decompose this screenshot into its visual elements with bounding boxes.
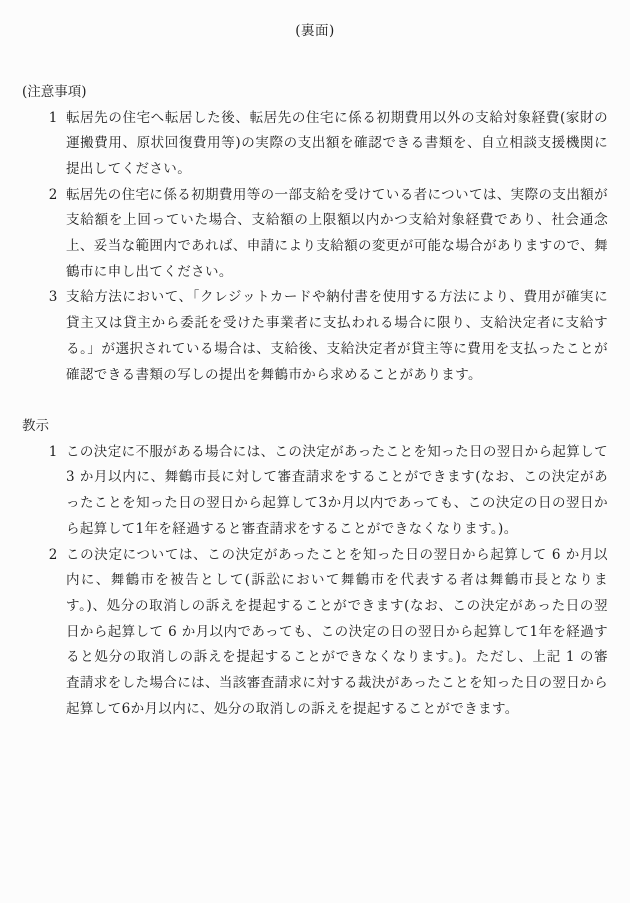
item-text: この決定に不服がある場合には、この決定があったことを知った日の翌日から起算して … <box>66 444 608 537</box>
item-number: 2 <box>43 183 63 209</box>
item-text: 転居先の住宅へ転居した後、転居先の住宅に係る初期費用以外の支給対象経費(家財の運… <box>66 110 608 177</box>
item-text: 転居先の住宅に係る初期費用等の一部支給を受けている者については、実際の支出額が支… <box>66 187 608 280</box>
kyoji-item-list: 1 この決定に不服がある場合には、この決定があったことを知った日の翌日から起算し… <box>22 440 608 723</box>
notes-item-list: 1 転居先の住宅へ転居した後、転居先の住宅に係る初期費用以外の支給対象経費(家財… <box>22 106 608 389</box>
list-item: 1 転居先の住宅へ転居した後、転居先の住宅に係る初期費用以外の支給対象経費(家財… <box>22 106 608 183</box>
item-text: この決定については、この決定があったことを知った日の翌日から起算して 6 か月以… <box>66 547 608 717</box>
list-item: 2 転居先の住宅に係る初期費用等の一部支給を受けている者については、実際の支出額… <box>22 183 608 286</box>
kyoji-section-heading: 教示 <box>22 414 608 440</box>
notes-section: (注意事項) 1 転居先の住宅へ転居した後、転居先の住宅に係る初期費用以外の支給… <box>22 80 608 388</box>
item-number: 3 <box>43 285 63 311</box>
list-item: 3 支給方法において、「クレジットカードや納付書を使用する方法により、費用が確実… <box>22 285 608 388</box>
item-text: 支給方法において、「クレジットカードや納付書を使用する方法により、費用が確実に貸… <box>66 289 608 382</box>
notes-section-heading: (注意事項) <box>22 80 608 106</box>
list-item: 1 この決定に不服がある場合には、この決定があったことを知った日の翌日から起算し… <box>22 440 608 543</box>
item-number: 1 <box>43 106 63 132</box>
item-number: 2 <box>43 543 63 569</box>
list-item: 2 この決定については、この決定があったことを知った日の翌日から起算して 6 か… <box>22 543 608 723</box>
item-number: 1 <box>43 440 63 466</box>
kyoji-section: 教示 1 この決定に不服がある場合には、この決定があったことを知った日の翌日から… <box>22 414 608 722</box>
page-title: (裏面) <box>22 22 608 40</box>
document-page: (裏面) (注意事項) 1 転居先の住宅へ転居した後、転居先の住宅に係る初期費用… <box>0 0 630 903</box>
